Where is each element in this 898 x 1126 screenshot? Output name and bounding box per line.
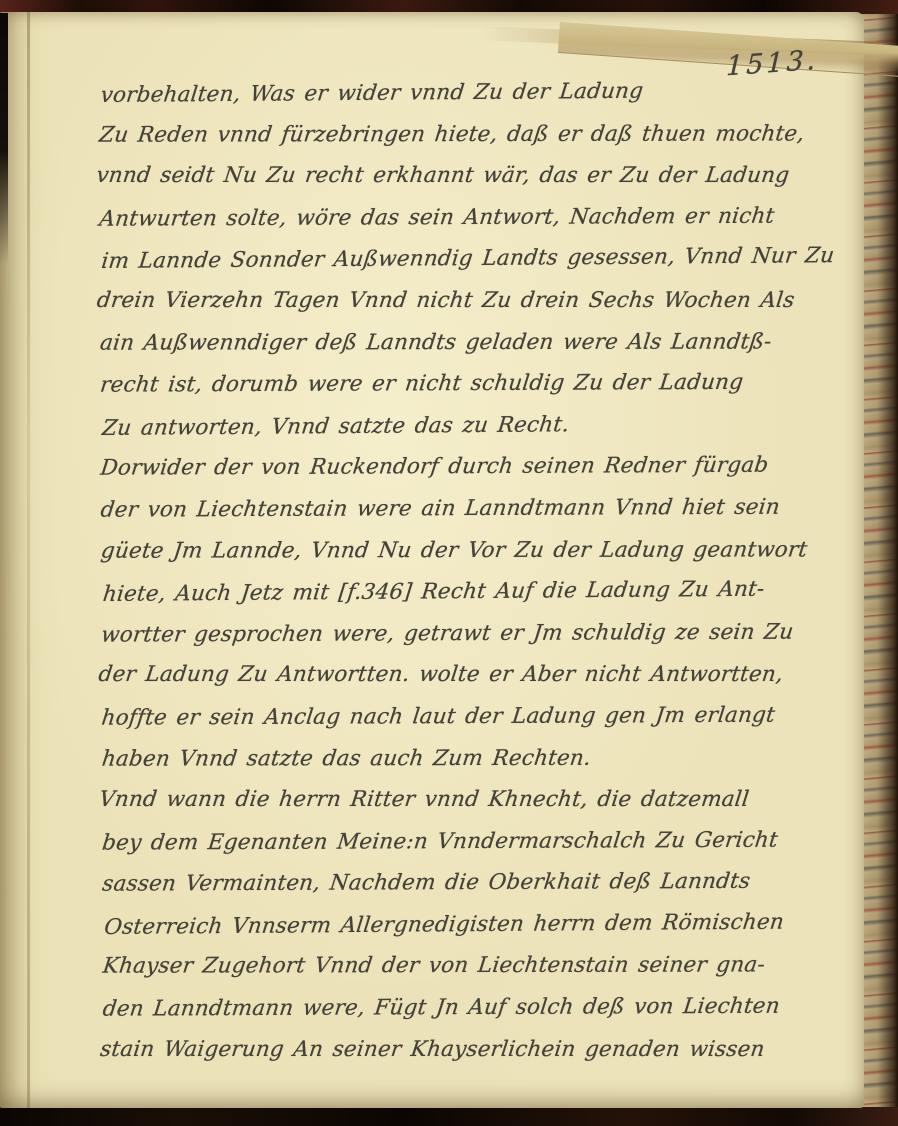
text-line: vorbehalten, Was er wider vnnd Zu der La… bbox=[98, 69, 855, 117]
text-line: recht ist, dorumb were er nicht schuldig… bbox=[98, 362, 855, 407]
text-line: stain Waigerung An seiner Khayserlichein… bbox=[98, 1029, 855, 1071]
text-line: vnnd seidt Nu Zu recht erkhannt wär, das… bbox=[94, 155, 851, 197]
text-line: sassen Vermainten, Nachdem die Oberkhait… bbox=[100, 861, 857, 906]
gutter-crease bbox=[27, 12, 30, 1108]
text-line: Vnnd wann die herrn Ritter vnnd Khnecht,… bbox=[97, 779, 854, 821]
text-line: bey dem Egenanten Meine:n Vnndermarschal… bbox=[100, 819, 857, 864]
text-line: der Ladung Zu Antwortten. wolte er Aber … bbox=[96, 654, 853, 696]
book-photo: 1513. vorbehalten, Was er wider vnnd Zu … bbox=[0, 0, 898, 1126]
text-line: Khayser Zugehort Vnnd der von Liechtenst… bbox=[100, 945, 857, 988]
text-line: hiete, Auch Jetz mit [f.346] Recht Auf d… bbox=[101, 568, 858, 616]
text-line: wortter gesprochen were, getrawt er Jm s… bbox=[99, 611, 856, 656]
text-line: Zu Reden vnnd fürzebringen hiete, daß er… bbox=[97, 113, 854, 156]
text-line: Antwurten solte, wöre das sein Antwort, … bbox=[97, 195, 854, 240]
text-line: den Lanndtmann were, Fügt Jn Auf solch d… bbox=[100, 985, 857, 1030]
text-line: haben Vnnd satzte das auch Zum Rechten. bbox=[99, 737, 856, 780]
handwritten-text: vorbehalten, Was er wider vnnd Zu der La… bbox=[99, 70, 855, 1072]
text-line: der von Liechtenstain were ain Lanndtman… bbox=[98, 486, 855, 531]
text-line: güete Jm Lannde, Vnnd Nu der Vor Zu der … bbox=[99, 529, 856, 572]
text-line: ain Außwenndiger deß Lanndts geladen wer… bbox=[98, 321, 855, 364]
text-line: Dorwider der von Ruckendorf durch seinen… bbox=[98, 445, 855, 490]
book-cover-bottom-edge bbox=[0, 1107, 898, 1126]
text-line: Osterreich Vnnserm Allergnedigisten herr… bbox=[102, 901, 859, 949]
text-line: hoffte er sein Anclag nach laut der Ladu… bbox=[99, 694, 856, 739]
text-line: Zu antworten, Vnnd satzte das zu Recht. bbox=[100, 402, 857, 450]
binding-shadow bbox=[0, 13, 8, 263]
text-line: im Lannde Sonnder Außwenndig Landts gese… bbox=[99, 235, 856, 283]
manuscript-page: 1513. vorbehalten, Was er wider vnnd Zu … bbox=[0, 12, 864, 1108]
text-line: drein Vierzehn Tagen Vnnd nicht Zu drein… bbox=[94, 280, 851, 322]
